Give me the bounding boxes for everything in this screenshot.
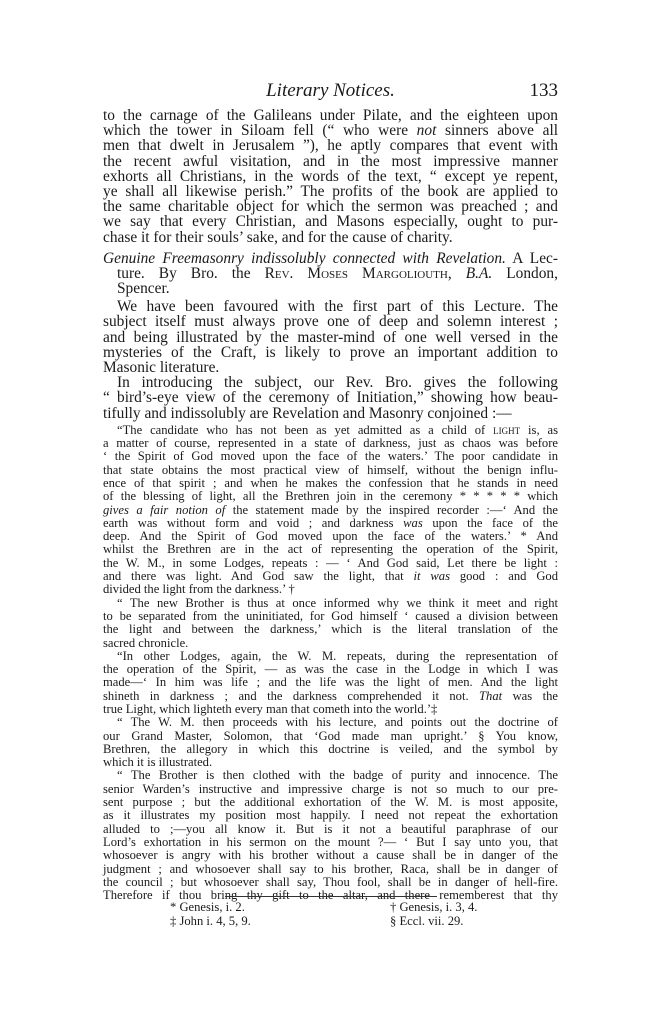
- text-line: tifully and indissolubly are Revelation …: [103, 406, 558, 421]
- text-line: and there was light. And God saw the lig…: [103, 570, 558, 583]
- running-head: Literary Notices. 133: [103, 80, 558, 102]
- text-line: mysteries of the Craft, is likely to pro…: [103, 345, 558, 360]
- text-line: sacred chronicle.: [103, 637, 558, 650]
- text-line: “The candidate who has not been as yet a…: [103, 424, 558, 437]
- text-line: the same charitable object for which the…: [103, 199, 558, 214]
- italic-segment: was: [403, 516, 423, 530]
- publisher-place: London,: [492, 265, 558, 282]
- footnote-mark: †: [390, 900, 396, 914]
- italic-segment: That: [479, 689, 502, 703]
- text-line: Genuine Freemasonry indissolubly connect…: [103, 251, 558, 266]
- text-segment: “The candidate who has not been as yet a…: [117, 423, 493, 437]
- text-line: divided the light from the darkness.’ †: [103, 583, 558, 596]
- text-line: “ The Brother is then clothed with the b…: [103, 769, 558, 782]
- text-line: Masonic literature.: [103, 360, 558, 375]
- text-segment: earth was without form and void ; and da…: [103, 516, 403, 530]
- text-line: as it illustrates my position most happi…: [103, 809, 558, 822]
- text-line: ‘ the Spirit of God moved upon the face …: [103, 450, 558, 463]
- book-page: Literary Notices. 133 to the carnage of …: [0, 0, 663, 1009]
- small-caps-word: light: [493, 423, 520, 437]
- text-line: deep. And the Spirit of God moved upon t…: [103, 530, 558, 543]
- text-line: whosoever is angry with his brother with…: [103, 849, 558, 862]
- paragraph-continuation: to the carnage of the Galileans under Pi…: [103, 108, 558, 245]
- text-segment: was the: [502, 689, 558, 703]
- text-line: Lord’s exhortation in his sermon on the …: [103, 836, 558, 849]
- footnote: § Eccl. vii. 29.: [390, 915, 570, 929]
- footnote: † Genesis, i. 3, 4.: [390, 901, 570, 915]
- text-line: subject itself must always prove one of …: [103, 314, 558, 329]
- text-line: the light and between the darkness,’ whi…: [103, 623, 558, 636]
- paragraph: In introducing the subject, our Rev. Bro…: [103, 375, 558, 421]
- quoted-extract: “The candidate who has not been as yet a…: [103, 424, 558, 903]
- text-line: earth was without form and void ; and da…: [103, 517, 558, 530]
- italic-segment: gives a fair notion of: [103, 503, 225, 517]
- review-heading: Genuine Freemasonry indissolubly connect…: [103, 251, 558, 297]
- text-line: true Light, which lighteth every man tha…: [103, 703, 558, 716]
- text-line: the operation of the Spirit, — as was th…: [103, 663, 558, 676]
- text-line: judgment ; and whosoever shall say to hi…: [103, 863, 558, 876]
- text-line: made—‘ In him was life ; and the life wa…: [103, 676, 558, 689]
- footnote-mark: §: [390, 914, 396, 928]
- footnote-mark: *: [170, 900, 176, 914]
- footnote: * Genesis, i. 2.: [170, 901, 390, 915]
- text-line: “ bird’s-eye view of the ceremony of Ini…: [103, 390, 558, 405]
- text-segment: good : and God: [450, 569, 558, 583]
- text-line: ence of that spirit ; and when he makes …: [103, 477, 558, 490]
- text-line: Brethren, the allegory in which this doc…: [103, 743, 558, 756]
- footnote-text: Eccl. vii. 29.: [399, 914, 463, 928]
- text-line: which it is illustrated.: [103, 756, 558, 769]
- text-segment: the statement made by the inspired recor…: [225, 503, 558, 517]
- text-segment: shineth in darkness ; and the darkness c…: [103, 689, 479, 703]
- footnote-text: John i. 4, 5, 9.: [179, 914, 250, 928]
- italic-segment: it was: [414, 569, 450, 583]
- text-line: the W. M., in some Lodges, repeats : — ‘…: [103, 557, 558, 570]
- text-line: chase it for their souls’ sake, and for …: [103, 230, 558, 245]
- footnote-text: Genesis, i. 3, 4.: [399, 900, 477, 914]
- footnote-mark: ‡: [170, 914, 176, 928]
- text-segment: upon the face of the: [423, 516, 558, 530]
- text-line: which the tower in Siloam fell (“ who we…: [103, 123, 558, 138]
- text-line: ye shall all likewise perish.” The profi…: [103, 184, 558, 199]
- author-name: Rev. Moses Margoliouth,: [265, 265, 452, 282]
- text-segment: is, as: [520, 423, 558, 437]
- text-line: ture. By Bro. the Rev. Moses Margoliouth…: [103, 266, 558, 281]
- text-line: to the carnage of the Galileans under Pi…: [103, 108, 558, 123]
- text-line: “ The new Brother is thus at once inform…: [103, 597, 558, 610]
- text-line: we say that every Christian, and Masons …: [103, 214, 558, 229]
- footnote: ‡ John i. 4, 5, 9.: [170, 915, 390, 929]
- text-line: the council ; but whosoever shall say, T…: [103, 876, 558, 889]
- text-line: of the blessing of light, all the Brethr…: [103, 490, 558, 503]
- text-line: alluded to ;—you all know it. But is it …: [103, 823, 558, 836]
- text-line: gives a fair notion of the statement mad…: [103, 504, 558, 517]
- text-line: the recent awful visitation, and in the …: [103, 154, 558, 169]
- text-segment: and there was light. And God saw the lig…: [103, 569, 414, 583]
- publisher-name: Spencer.: [103, 281, 558, 296]
- running-title: Literary Notices.: [103, 80, 558, 102]
- author-degree: B.A.: [452, 265, 493, 282]
- text-line: “In other Lodges, again, the W. M. repea…: [103, 650, 558, 663]
- text-line: We have been favoured with the first par…: [103, 299, 558, 314]
- text-line: men that dwelt in Jerusalem ”), he aptly…: [103, 138, 558, 153]
- text-block: to the carnage of the Galileans under Pi…: [103, 108, 558, 902]
- page-number: 133: [530, 80, 559, 102]
- paragraph: We have been favoured with the first par…: [103, 299, 558, 375]
- text-line: to be separated from the uninitiated, fo…: [103, 610, 558, 623]
- text-line: shineth in darkness ; and the darkness c…: [103, 690, 558, 703]
- footnote-row: ‡ John i. 4, 5, 9. § Eccl. vii. 29.: [170, 915, 570, 929]
- footnote-row: * Genesis, i. 2. † Genesis, i. 3, 4.: [170, 901, 570, 915]
- text-line: exhorts all Christians, in the words of …: [103, 169, 558, 184]
- text-line: senior Warden’s instructive and impressi…: [103, 783, 558, 796]
- text-line: that state obtains the most practical vi…: [103, 464, 558, 477]
- footnote-text: Genesis, i. 2.: [179, 900, 244, 914]
- text-line: In introducing the subject, our Rev. Bro…: [103, 375, 558, 390]
- text-line: “ The W. M. then proceeds with his lectu…: [103, 716, 558, 729]
- text-line: and being illustrated by the master-mind…: [103, 330, 558, 345]
- footnote-separator: [225, 896, 437, 897]
- text-line: sent purpose ; but the additional exhort…: [103, 796, 558, 809]
- text-line: a matter of course, represented in a sta…: [103, 437, 558, 450]
- text-line: whilst the Brethren are in the act of re…: [103, 543, 558, 556]
- footnotes: * Genesis, i. 2. † Genesis, i. 3, 4. ‡ J…: [170, 901, 570, 928]
- text-line: our Grand Master, Solomon, that ‘God mad…: [103, 730, 558, 743]
